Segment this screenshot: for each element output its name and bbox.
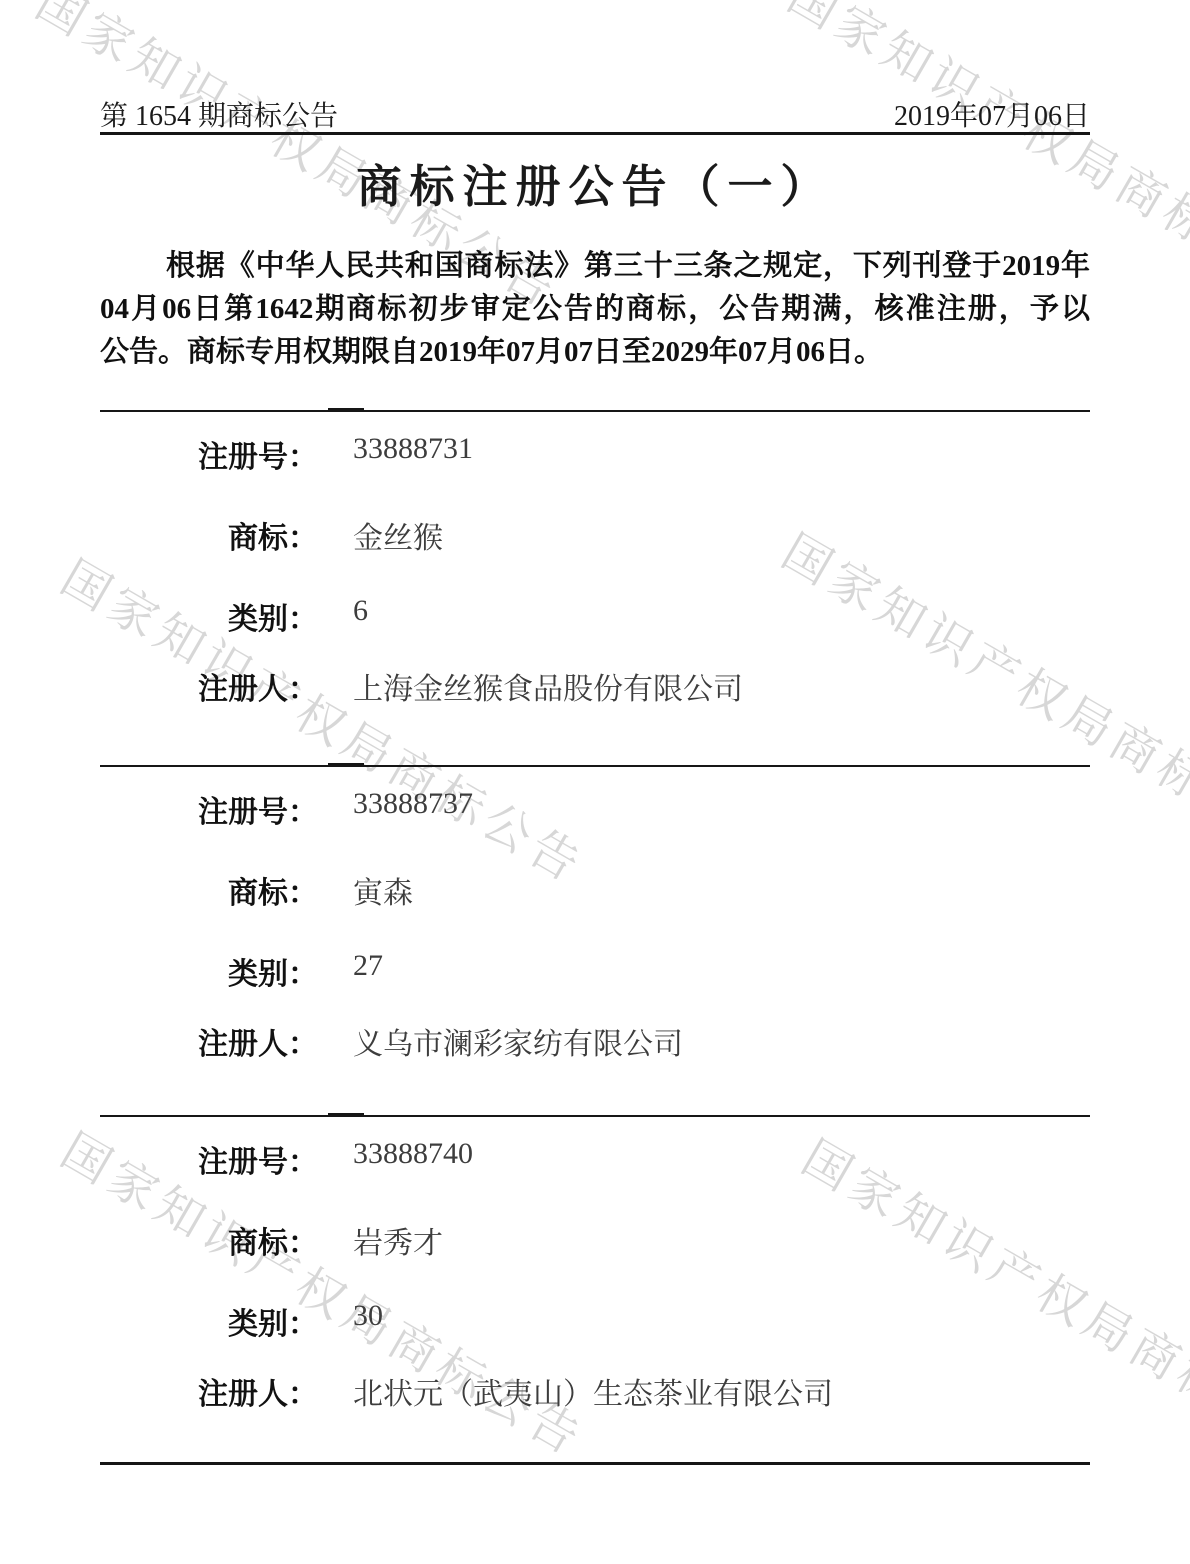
field-label-trademark: 商标： [100, 513, 318, 557]
field-value-trademark: 岩秀才 [353, 1218, 443, 1262]
rule-joint [328, 763, 364, 766]
field-label-registrant: 注册人： [100, 664, 318, 708]
field-label-category: 类别： [100, 1299, 318, 1343]
field-row-reg-no: 注册号： 33888731 [100, 432, 1090, 476]
field-row-trademark: 商标： 寅森 [100, 868, 1090, 912]
gazette-date: 2019年07月06日 [894, 94, 1090, 134]
field-value-trademark: 寅森 [353, 868, 413, 912]
field-label-registrant: 注册人： [100, 1369, 318, 1413]
field-value-reg-no: 33888740 [353, 1137, 473, 1171]
intro-paragraph-line: 根据《中华人民共和国商标法》第三十三条之规定，下列刊登于2019年 [100, 248, 1090, 284]
field-label-reg-no: 注册号： [100, 787, 318, 831]
intro-paragraph-line: 公告。商标专用权期限自2019年07月07日至2029年07月06日。 [100, 334, 1090, 370]
field-value-registrant: 上海金丝猴食品股份有限公司 [353, 664, 743, 708]
field-row-registrant: 注册人： 北状元（武夷山）生态茶业有限公司 [100, 1369, 1090, 1413]
field-value-category: 30 [353, 1299, 383, 1333]
field-row-registrant: 注册人： 义乌市澜彩家纺有限公司 [100, 1019, 1090, 1063]
bottom-rule [100, 1462, 1090, 1465]
rule-joint [328, 408, 364, 411]
field-label-registrant: 注册人： [100, 1019, 318, 1063]
field-value-category: 6 [353, 594, 368, 628]
field-row-trademark: 商标： 岩秀才 [100, 1218, 1090, 1262]
entry-separator-rule [100, 1115, 1090, 1117]
gazette-issue-number: 第 1654 期商标公告 [100, 94, 338, 134]
page-title: 商标注册公告（一） [0, 150, 1190, 215]
field-row-trademark: 商标： 金丝猴 [100, 513, 1090, 557]
field-label-category: 类别： [100, 594, 318, 638]
entry-separator-rule [100, 410, 1090, 412]
field-value-registrant: 义乌市澜彩家纺有限公司 [353, 1019, 683, 1063]
page-content: 第 1654 期商标公告 2019年07月06日 商标注册公告（一） 根据《中华… [0, 0, 1190, 1564]
field-value-registrant: 北状元（武夷山）生态茶业有限公司 [353, 1369, 833, 1413]
field-row-registrant: 注册人： 上海金丝猴食品股份有限公司 [100, 664, 1090, 708]
field-label-reg-no: 注册号： [100, 1137, 318, 1181]
entry-separator-rule [100, 765, 1090, 767]
field-value-reg-no: 33888737 [353, 787, 473, 821]
field-label-reg-no: 注册号： [100, 432, 318, 476]
field-value-trademark: 金丝猴 [353, 513, 443, 557]
field-row-category: 类别： 6 [100, 594, 1090, 638]
field-row-category: 类别： 30 [100, 1299, 1090, 1343]
field-value-reg-no: 33888731 [353, 432, 473, 466]
field-label-trademark: 商标： [100, 1218, 318, 1262]
field-value-category: 27 [353, 949, 383, 983]
intro-paragraph-line: 04月06日第1642期商标初步审定公告的商标，公告期满，核准注册，予以 [100, 291, 1090, 327]
header-rule [100, 132, 1090, 135]
field-label-trademark: 商标： [100, 868, 318, 912]
gazette-page: 国家知识产权局商标公告 国家知识产权局商标公告 国家知识产权局商标公告 国家知识… [0, 0, 1190, 1564]
field-label-category: 类别： [100, 949, 318, 993]
rule-joint [328, 1113, 364, 1116]
field-row-reg-no: 注册号： 33888737 [100, 787, 1090, 831]
field-row-reg-no: 注册号： 33888740 [100, 1137, 1090, 1181]
field-row-category: 类别： 27 [100, 949, 1090, 993]
